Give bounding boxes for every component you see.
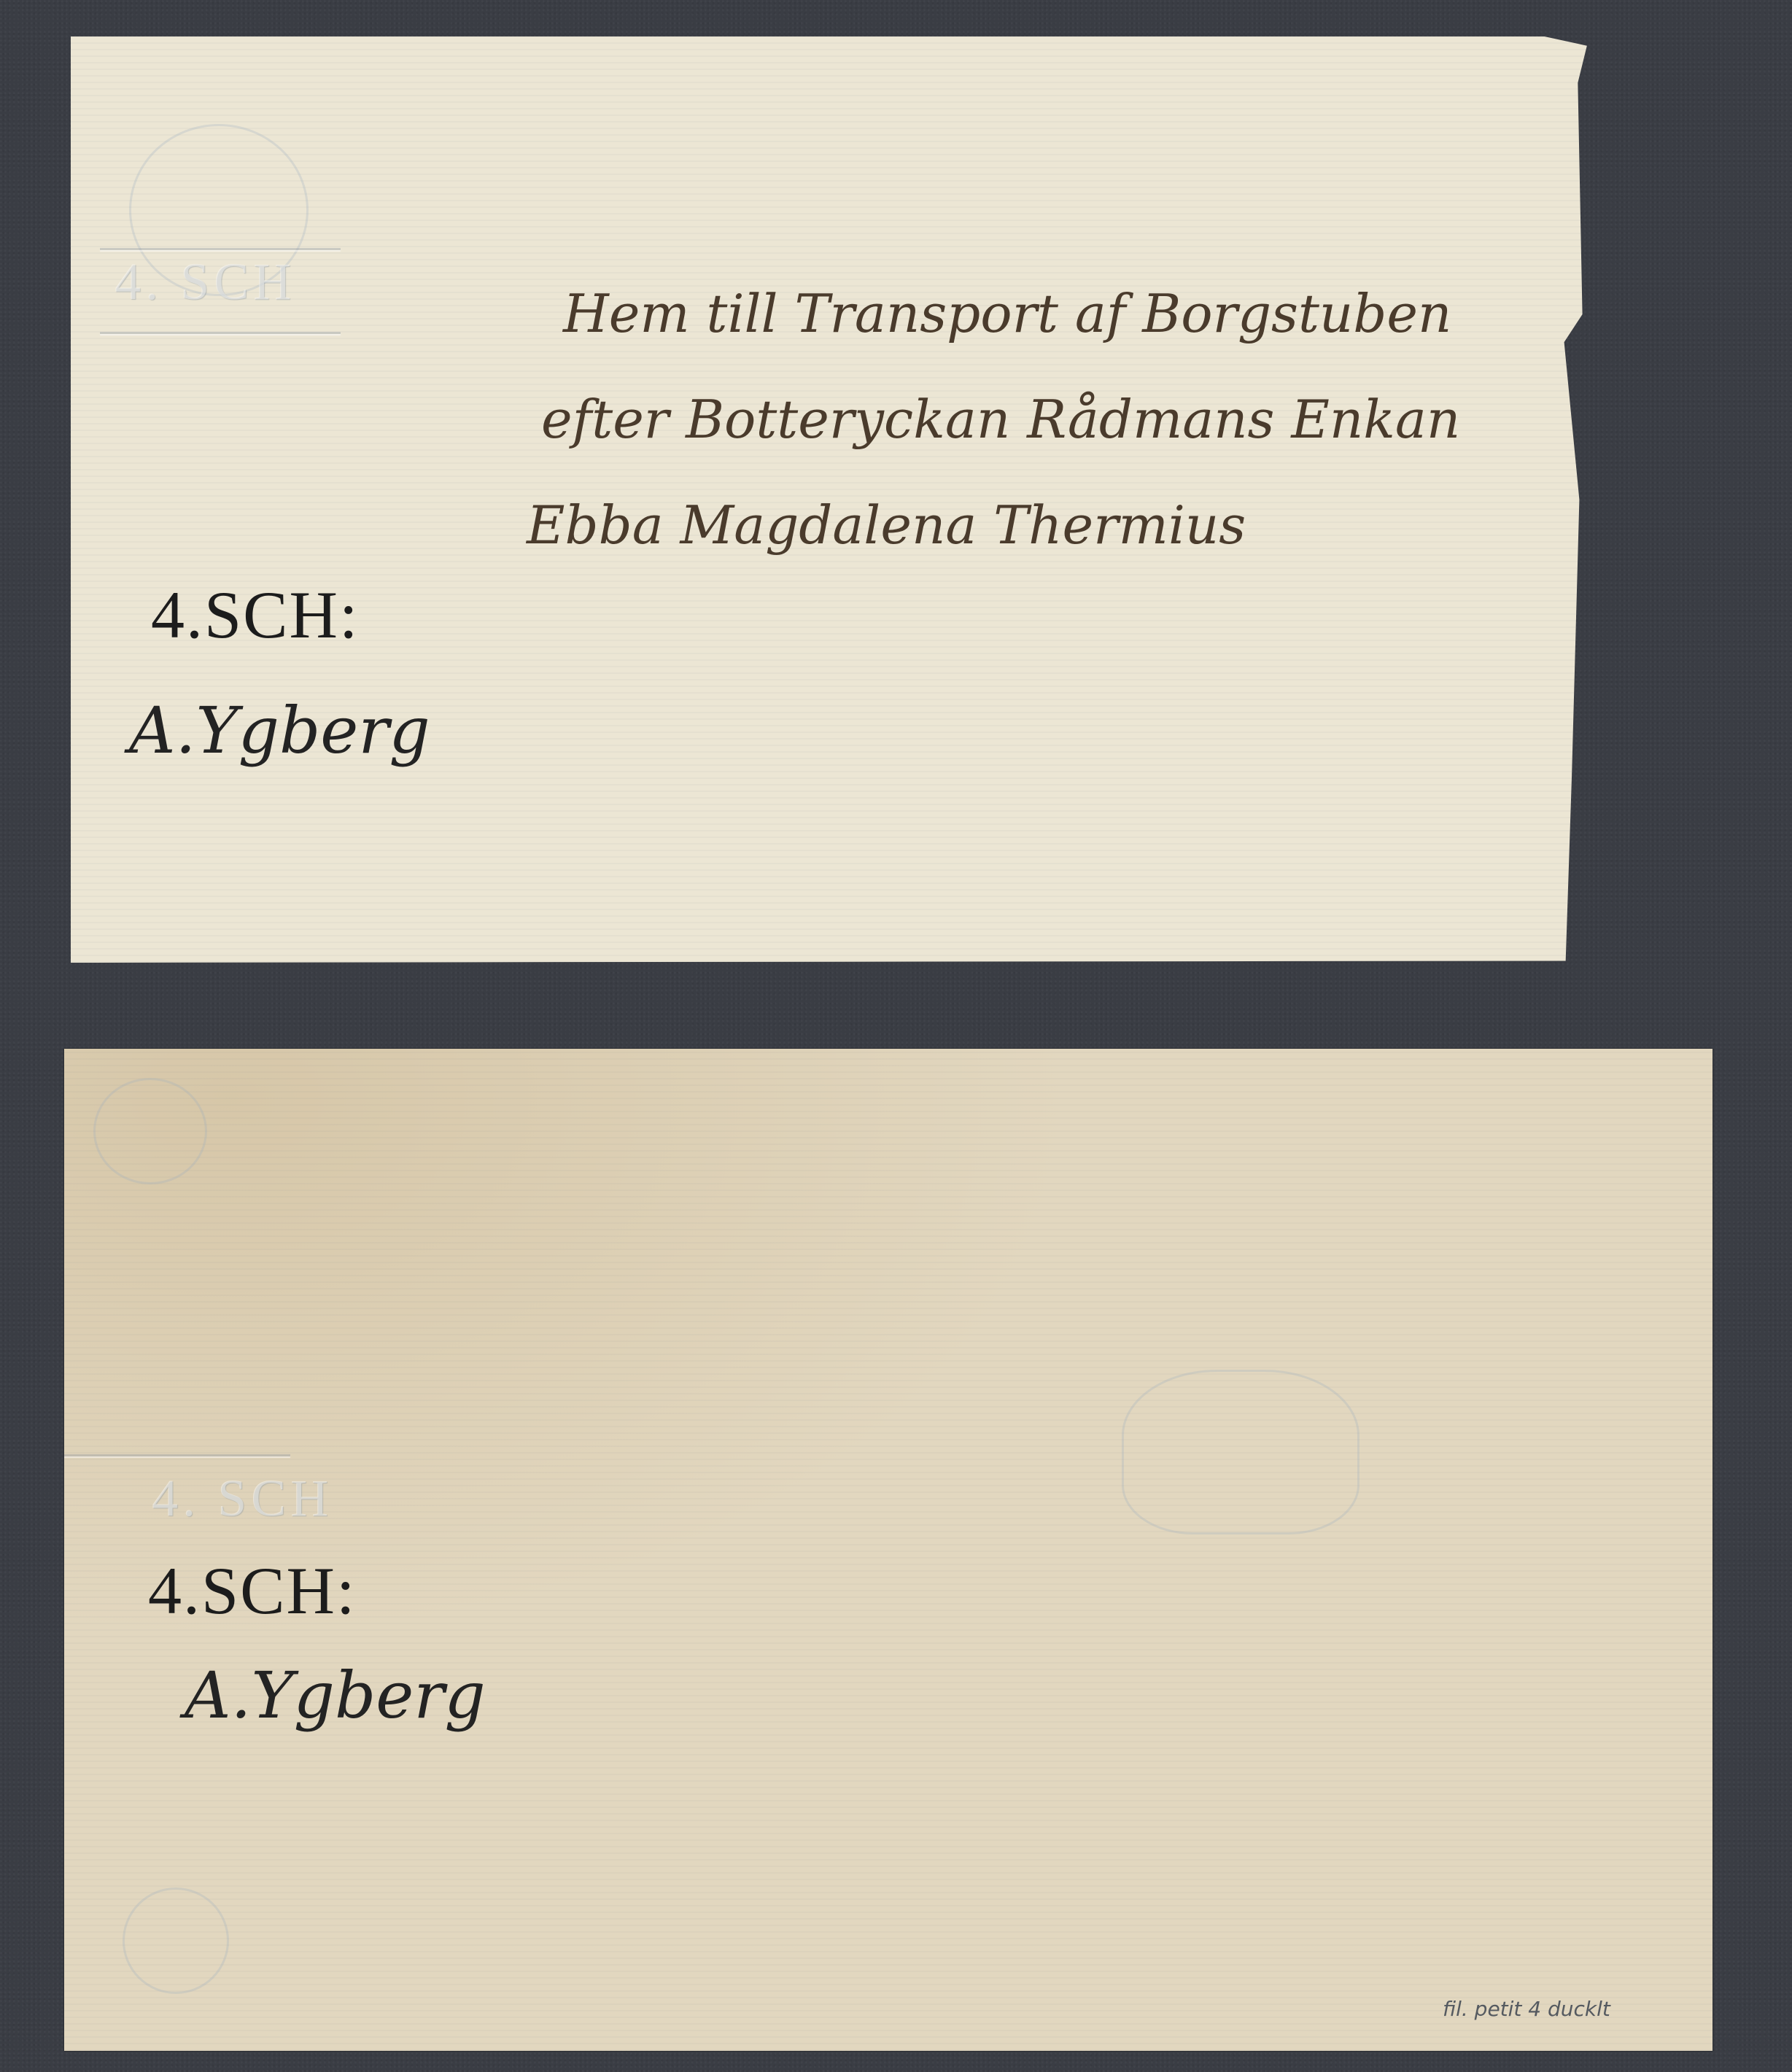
embossed-rule-bottom <box>64 1454 290 1456</box>
document-top: 4. SCH 4.SCH: A.Ygberg Hem till Transpor… <box>71 36 1590 963</box>
handwritten-line-3: Ebba Magdalena Thermius <box>527 474 1246 576</box>
embossed-circle-bottom <box>123 1887 229 1994</box>
printed-denomination-top: 4.SCH: <box>151 576 360 653</box>
embossed-rule-top-lower <box>100 332 341 334</box>
handwritten-line-1: Hem till Transport af Borgstuben <box>563 263 1451 365</box>
embossed-stamp-text-top: 4. SCH <box>115 252 295 312</box>
handwritten-line-2: efter Botteryckan Rådmans Enkan <box>541 368 1460 470</box>
faint-watermark <box>1122 1370 1359 1534</box>
printed-signature-bottom: A.Ygberg <box>185 1658 486 1733</box>
printed-signature-top: A.Ygberg <box>129 693 430 768</box>
embossed-rule-top <box>100 248 341 250</box>
document-bottom: 4. SCH 4.SCH: A.Ygberg fil. petit 4 duck… <box>64 1049 1713 2051</box>
embossed-crest-bottom <box>93 1078 207 1184</box>
pencil-annotation: fil. petit 4 ducklt <box>1443 1997 1610 2021</box>
printed-denomination-bottom: 4.SCH: <box>148 1552 357 1629</box>
embossed-stamp-text-bottom: 4. SCH <box>152 1468 333 1529</box>
